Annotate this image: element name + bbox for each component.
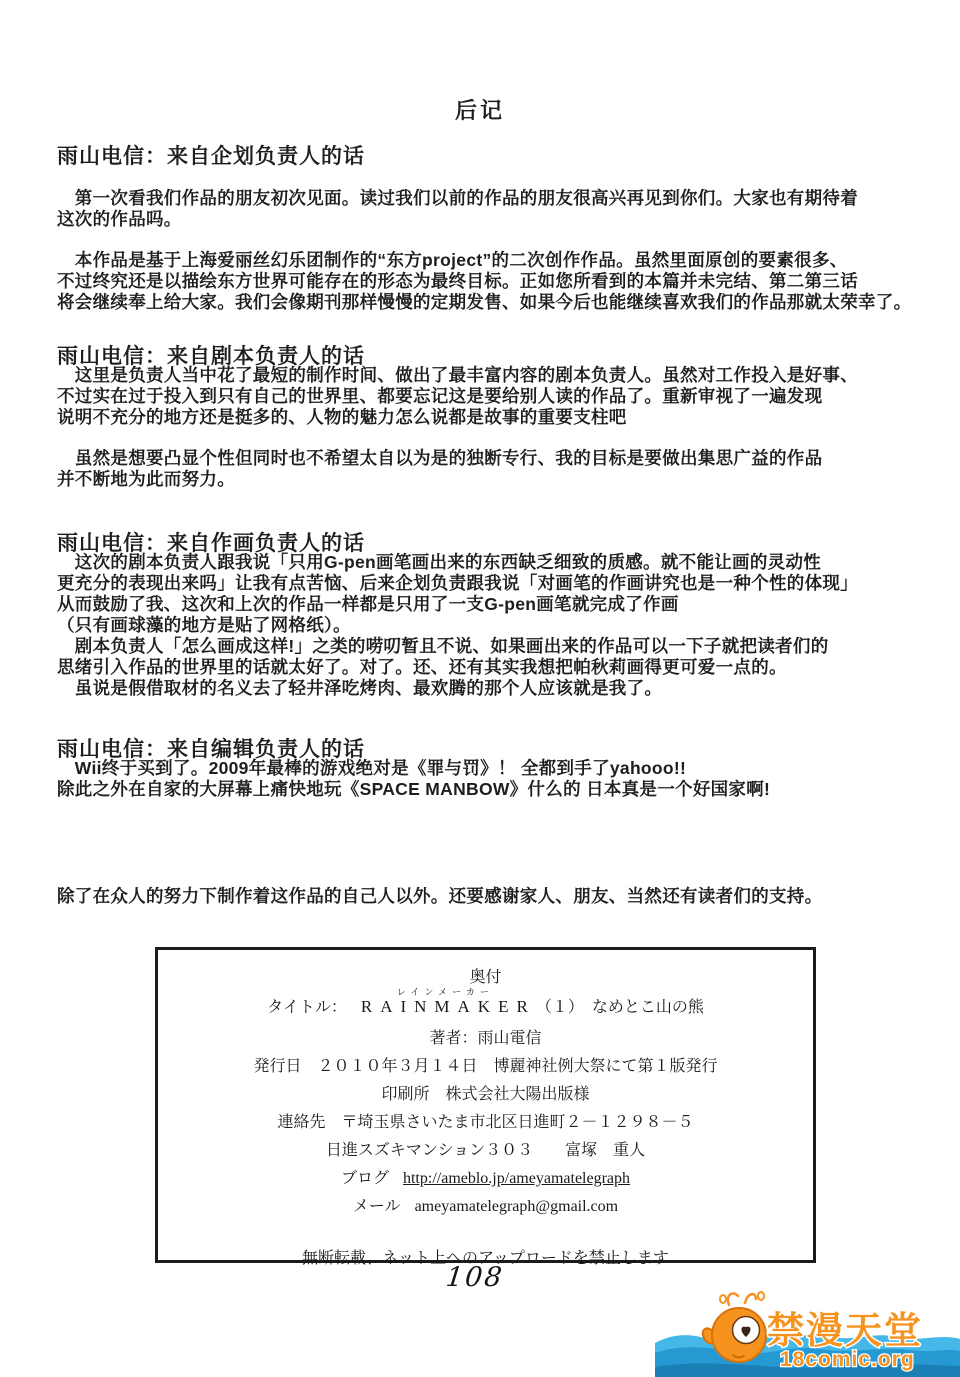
colophon-heading: 奥付 [158,964,813,987]
afterword-page: 后记 雨山电信：来自企划负责人的话 第一次看我们作品的朋友初次见面。读过我们以前… [0,0,960,1377]
mail-address: ameyamatelegraph@gmail.com [415,1198,619,1215]
work-title-suffix: （１） なめとこ山の熊 [536,999,704,1016]
planner-paragraph-1: 第一次看我们作品的朋友初次见面。读过我们以前的作品的朋友很高兴再见到你们。大家也… [57,188,923,230]
watermark-graphic: 禁漫天堂 18comic.org [655,1287,960,1377]
mail-line: メールameyamatelegraph@gmail.com [158,1193,813,1216]
editor-paragraph: Wii终于买到了。2009年最棒的游戏绝对是《罪与罚》！ 全都到手了yahooo… [57,758,923,800]
contact-line: 連絡先 〒埼玉県さいたま市北区日進町２－１２９８－５ [158,1109,813,1132]
author-line: 著者：雨山電信 [158,1025,813,1048]
planner-paragraph-2: 本作品是基于上海爱丽丝幻乐团制作的“东方project”的二次创作作品。虽然里面… [57,250,923,313]
section-heading-planner: 雨山电信：来自企划负责人的话 [57,140,365,170]
work-title-line: タイトル：RAINMAKERレインメーカー（１） なめとこ山の熊 [158,994,813,1017]
page-number: 108 [444,1262,505,1293]
site-watermark: 禁漫天堂 18comic.org [655,1287,960,1377]
closing-paragraph: 除了在众人的努力下制作着这作品的自己人以外。还要感谢家人、朋友、当然还有读者们的… [57,886,923,907]
blog-line: ブログhttp://ameblo.jp/ameyamatelegraph [158,1165,813,1188]
blog-label: ブログ [341,1170,389,1187]
work-title: RAINMAKERレインメーカー [361,997,536,1017]
watermark-site-name: 禁漫天堂 [767,1310,923,1351]
watermark-site-url: 18comic.org [780,1348,915,1371]
work-title-label: タイトル： [267,999,347,1016]
writer-paragraph-1: 这里是负责人当中花了最短的制作时间、做出了最丰富内容的剧本负责人。虽然对工作投入… [57,365,923,428]
work-title-furigana: レインメーカー [361,985,530,998]
publish-date-line: 発行日 ２０１０年３月１４日 博麗神社例大祭にて第１版発行 [158,1053,813,1076]
printer-line: 印刷所 株式会社大陽出版様 [158,1081,813,1104]
artist-paragraph: 这次的剧本负责人跟我说「只用G-pen画笔画出来的东西缺乏细致的质感。就不能让画… [57,552,923,699]
page-title: 后记 [0,94,960,125]
address-line: 日進スズキマンション３０３ 富塚 重人 [158,1137,813,1160]
writer-paragraph-2: 虽然是想要凸显个性但同时也不希望太自以为是的独断专行、我的目标是要做出集思广益的… [57,448,923,490]
mail-label: メール [353,1198,401,1215]
blog-url: http://ameblo.jp/ameyamatelegraph [403,1170,630,1187]
colophon-box: 奥付 タイトル：RAINMAKERレインメーカー（１） なめとこ山の熊 著者：雨… [155,947,816,1263]
